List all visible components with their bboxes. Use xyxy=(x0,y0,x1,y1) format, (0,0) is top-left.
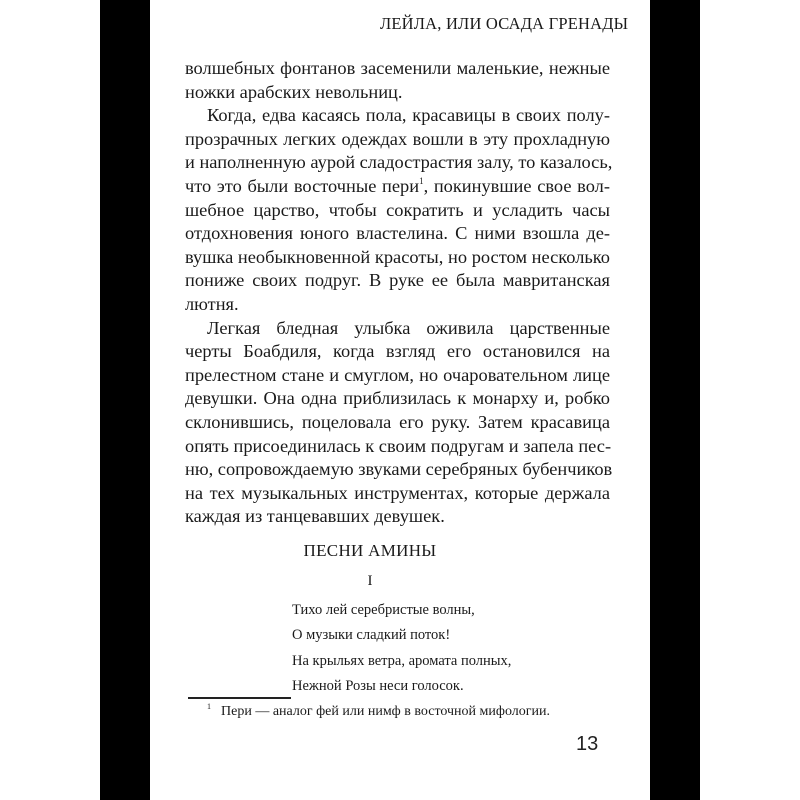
text-line: каждая из танцевавших девушек. xyxy=(185,505,610,529)
body-text: волшебных фонтанов засеменили маленькие,… xyxy=(185,57,610,529)
page-number: 13 xyxy=(576,733,598,756)
text-line: волшебных фонтанов засеменили маленькие,… xyxy=(185,57,610,81)
footnote-mark: 1 xyxy=(207,702,211,711)
text-line: опять присоединилась к своим подругам и … xyxy=(185,435,610,459)
running-head: ЛЕЙЛА, ИЛИ ОСАДА ГРЕНАДЫ xyxy=(380,14,592,34)
left-black-border xyxy=(100,0,150,800)
verse: Тихо лей серебристые волны, О музыки сла… xyxy=(292,598,511,699)
text-line: лютня. xyxy=(185,293,610,317)
text-line: ню, сопровождаемую звуками серебряных бу… xyxy=(185,458,610,482)
footnote: 1Пери — аналог фей или нимф в восточной … xyxy=(207,702,550,720)
book-page: ЛЕЙЛА, ИЛИ ОСАДА ГРЕНАДЫ волшебных фонта… xyxy=(150,0,650,800)
text-line: девушки. Она одна приблизилась к монарху… xyxy=(185,387,610,411)
text-line: прелестном стане и смуглом, но очаровате… xyxy=(185,364,610,388)
text-line: Легкая бледная улыбка оживила царственны… xyxy=(185,317,610,341)
text-line: склонившись, поцеловала его руку. Затем … xyxy=(185,411,610,435)
poem-title: ПЕСНИ АМИНЫ xyxy=(150,541,590,561)
footnote-separator xyxy=(188,697,291,699)
verse-line: На крыльях ветра, аромата полных, xyxy=(292,649,511,674)
text-line: и наполненную аурой сладострастия залу, … xyxy=(185,151,610,175)
text-line: прозрачных легких одеждах вошли в эту пр… xyxy=(185,128,610,152)
text-line: пониже своих подруг. В руке ее была мавр… xyxy=(185,269,610,293)
text-line: черты Боабдиля, когда взгляд его останов… xyxy=(185,340,610,364)
footnote-text: Пери — аналог фей или нимф в восточной м… xyxy=(221,704,550,719)
text-line: что это были восточные пери1, покинувшие… xyxy=(185,175,610,199)
text-line: на тех музыкальных инструментах, которые… xyxy=(185,482,610,506)
verse-line: О музыки сладкий поток! xyxy=(292,623,511,648)
text-line: отдохновения юного властелина. С ними вз… xyxy=(185,222,610,246)
text-line: Когда, едва касаясь пола, красавицы в св… xyxy=(185,104,610,128)
text-line: ножки арабских невольниц. xyxy=(185,81,610,105)
verse-line: Тихо лей серебристые волны, xyxy=(292,598,511,623)
verse-line: Нежной Розы неси голосок. xyxy=(292,674,511,699)
right-black-border xyxy=(650,0,700,800)
stanza-number: I xyxy=(150,573,590,590)
text-line: шебное царство, чтобы сократить и услади… xyxy=(185,199,610,223)
text-line: вушка необыкновенной красоты, но ростом … xyxy=(185,246,610,270)
